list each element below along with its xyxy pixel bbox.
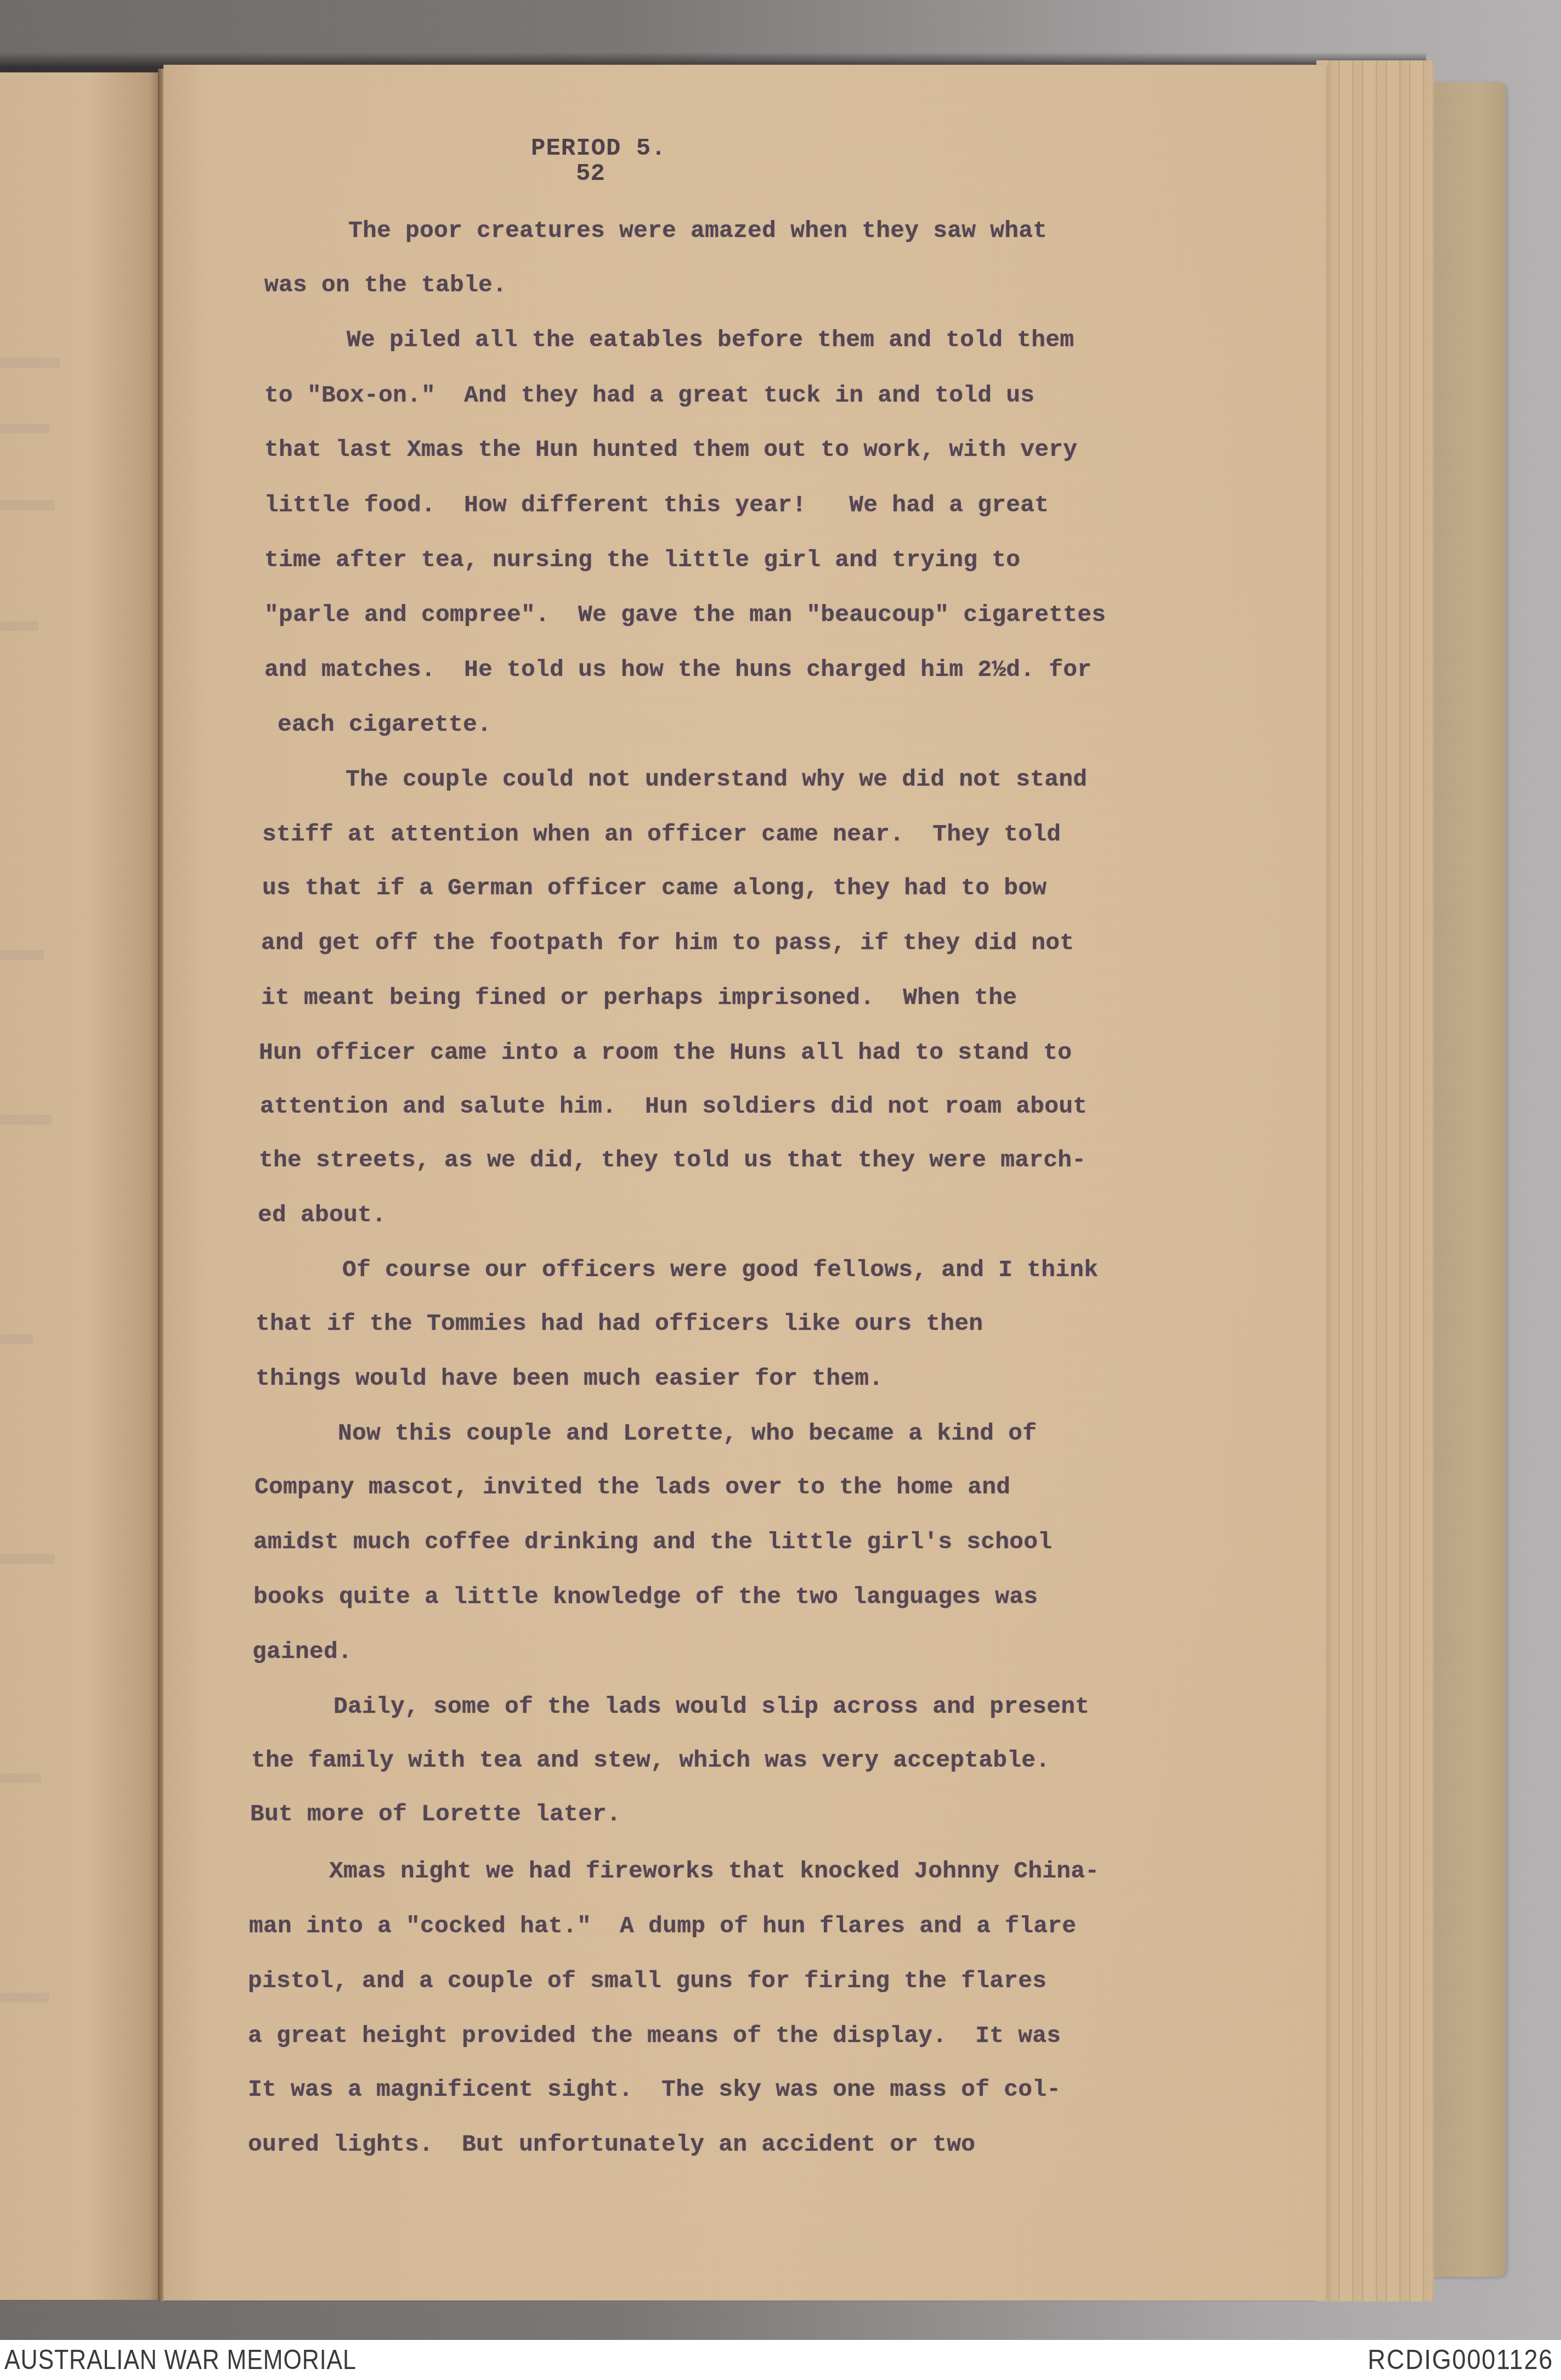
bleed-through-mark <box>0 500 55 510</box>
institution-label: AUSTRALIAN WAR MEMORIAL <box>4 2344 357 2376</box>
text-line: stiff at attention when an officer came … <box>262 821 1061 848</box>
book-gutter <box>158 69 163 2302</box>
bleed-through-mark <box>0 424 49 433</box>
text-line: a great height provided the means of the… <box>248 2022 1061 2049</box>
bleed-through-mark <box>0 1334 33 1344</box>
back-cover-edge <box>1432 82 1506 2277</box>
text-line: It was a magnificent sight. The sky was … <box>248 2076 1061 2103</box>
text-line: that last Xmas the Hun hunted them out t… <box>264 436 1077 463</box>
text-line: each cigarette. <box>278 711 491 738</box>
bleed-through-mark <box>0 358 60 368</box>
text-line: and get off the footpath for him to pass… <box>261 929 1074 956</box>
text-line: ed about. <box>258 1202 386 1228</box>
text-line: was on the table. <box>264 272 507 298</box>
text-line: Xmas night we had fireworks that knocked… <box>329 1858 1099 1885</box>
text-line: it meant being fined or perhaps imprison… <box>261 984 1017 1011</box>
text-line: time after tea, nursing the little girl … <box>264 546 1020 573</box>
text-line: The poor creatures were amazed when they… <box>348 217 1047 244</box>
text-line: oured lights. But unfortunately an accid… <box>248 2131 975 2158</box>
text-line: amidst much coffee drinking and the litt… <box>253 1529 1052 1555</box>
text-line: attention and salute him. Hun soldiers d… <box>260 1093 1087 1120</box>
text-line: us that if a German officer came along, … <box>262 875 1047 901</box>
text-line: man into a "cocked hat." A dump of hun f… <box>249 1913 1076 1939</box>
text-line: Company mascot, invited the lads over to… <box>254 1474 1010 1501</box>
page-header: PERIOD 5. 52 <box>531 136 860 187</box>
text-line: pistol, and a couple of small guns for f… <box>248 1967 1047 1994</box>
bleed-through-mark <box>0 621 38 631</box>
bleed-through-mark <box>0 1115 52 1125</box>
text-line: gained. <box>252 1638 352 1665</box>
text-line: the streets, as we did, they told us tha… <box>259 1147 1086 1174</box>
left-page <box>0 72 162 2300</box>
text-line: But more of Lorette later. <box>250 1801 621 1828</box>
page-stack-edge <box>1316 60 1434 2302</box>
text-line: Of course our officers were good fellows… <box>342 1256 1098 1283</box>
text-line: "parle and compree". We gave the man "be… <box>264 601 1106 628</box>
text-line: things would have been much easier for t… <box>256 1365 883 1392</box>
text-line: to "Box-on." And they had a great tuck i… <box>264 382 1034 409</box>
bleed-through-mark <box>0 1773 41 1783</box>
bleed-through-mark <box>0 1993 49 2003</box>
text-line: little food. How different this year! We… <box>264 492 1049 518</box>
bleed-through-mark <box>0 950 44 960</box>
period-heading: PERIOD 5. <box>531 136 860 161</box>
scan-image: PERIOD 5. 52 The poor creatures were ama… <box>0 0 1561 2340</box>
item-id-label: RCDIG0001126 <box>1368 2344 1553 2376</box>
bleed-through-mark <box>0 1554 55 1564</box>
text-line: the family with tea and stew, which was … <box>251 1747 1050 1774</box>
text-line: and matches. He told us how the huns cha… <box>264 656 1091 683</box>
text-line: Daily, some of the lads would slip acros… <box>333 1693 1089 1720</box>
text-line: Hun officer came into a room the Huns al… <box>259 1039 1072 1066</box>
text-line: books quite a little knowledge of the tw… <box>253 1583 1038 1610</box>
text-line: The couple could not understand why we d… <box>346 766 1087 793</box>
text-line: Now this couple and Lorette, who became … <box>338 1420 1037 1447</box>
text-line: that if the Tommies had had officers lik… <box>256 1310 983 1337</box>
page-number: 52 <box>531 161 860 187</box>
text-line: We piled all the eatables before them an… <box>347 326 1074 353</box>
